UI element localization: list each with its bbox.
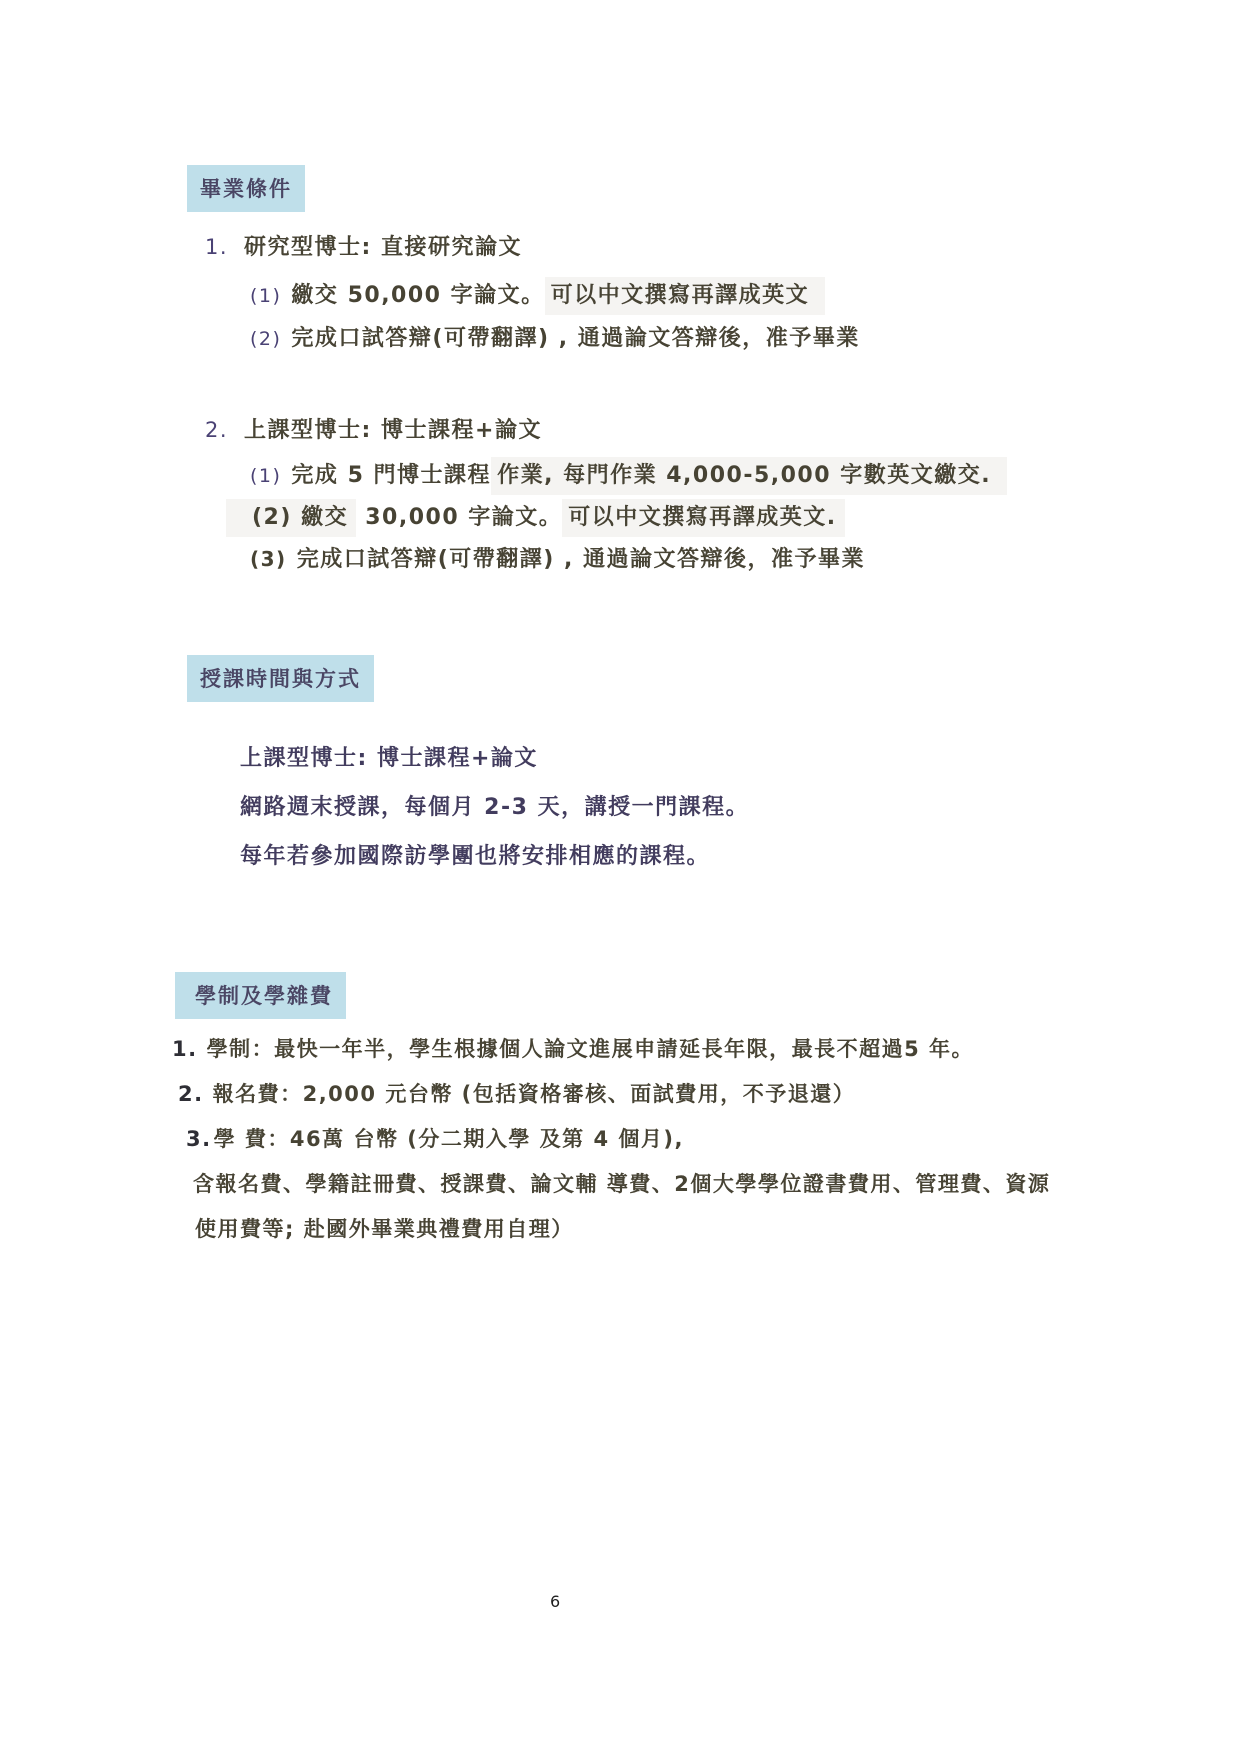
sub-item: (3)完成口試答辯(可帶翻譯) , 通過論文答辯後，准予畢業 [250,546,865,574]
list-item-text: 研究型博士: 直接研究論文 [244,235,522,260]
page-number: 6 [550,1592,560,1611]
fees-item: 2.報名費：2,000 元台幣 (包括資格審核、面試費用，不予退還） [178,1081,855,1107]
sub-item-text: 30,000 字論文。 [356,505,562,530]
fees-item-continuation: 含報名費、學籍註冊費、授課費、論文輔 導費、2個大學學位證書費用、管理費、資源 [193,1171,1050,1197]
highlighted-text: 可以中文撰寫再譯成英文. [562,499,844,537]
fees-item-text: 報名費：2,000 元台幣 (包括資格審核、面試費用，不予退還） [213,1082,856,1106]
section-heading-schedule: 授課時間與方式 [187,655,374,702]
document-page: 畢業條件 1.研究型博士: 直接研究論文 (1)繳交 50,000 字論文。可以… [0,0,1241,1755]
schedule-line: 網路週末授課，每個月 2-3 天，講授一門課程。 [240,794,749,822]
list-marker: 2. [205,417,228,443]
list-item-text: 上課型博士: 博士課程+論文 [244,418,542,443]
fees-item: 1.學制：最快一年半，學生根據個人論文進展申請延長年限，最長不超過5 年。 [172,1036,974,1062]
sub-item: (2)完成口試答辯(可帶翻譯) , 通過論文答辯後，准予畢業 [250,325,860,353]
sub-item: (1)完成 5 門博士課程作業, 每門作業 4,000-5,000 字數英文繳交… [250,462,1007,490]
sub-item-text: 完成口試答辯(可帶翻譯) , 通過論文答辯後，准予畢業 [291,326,859,351]
fees-item: 3.學 費：46萬 台幣 (分二期入學 及第 4 個月), [186,1126,684,1152]
list-marker: 1. [172,1036,198,1062]
schedule-line: 上課型博士: 博士課程+論文 [240,745,538,773]
sub-marker: (1) [250,285,281,309]
fees-item-text: 學 費：46萬 台幣 (分二期入學 及第 4 個月), [214,1127,684,1151]
highlighted-text: 可以中文撰寫再譯成英文 [545,277,826,315]
sub-item: (1)繳交 50,000 字論文。可以中文撰寫再譯成英文 [250,282,825,310]
list-marker: 1. [205,234,228,260]
fees-item-continuation: 使用費等; 赴國外畢業典禮費用自理） [195,1216,574,1242]
highlighted-marker-text: (2) 繳交 [226,499,356,537]
sub-marker: (3) [250,547,287,572]
sub-item: (2) 繳交 30,000 字論文。可以中文撰寫再譯成英文. [226,504,845,532]
sub-item-text: 繳交 50,000 字論文。 [291,283,544,308]
section-heading-graduation: 畢業條件 [187,165,305,212]
sub-marker: (2) [250,328,281,352]
section-heading-fees: 學制及學雜費 [175,972,346,1019]
sub-marker: (1) [250,465,281,489]
fees-item-text: 學制：最快一年半，學生根據個人論文進展申請延長年限，最長不超過5 年。 [207,1037,974,1061]
list-marker: 3. [186,1126,212,1152]
list-item-research-phd: 1.研究型博士: 直接研究論文 [205,234,522,262]
highlighted-text: 作業, 每門作業 4,000-5,000 字數英文繳交. [491,457,1007,495]
list-marker: 2. [178,1081,204,1107]
list-item-coursework-phd: 2.上課型博士: 博士課程+論文 [205,417,542,445]
schedule-line: 每年若參加國際訪學團也將安排相應的課程。 [240,843,710,871]
sub-item-text: 完成口試答辯(可帶翻譯) , 通過論文答辯後，准予畢業 [297,547,865,572]
sub-item-text: 完成 5 門博士課程 [291,463,491,488]
